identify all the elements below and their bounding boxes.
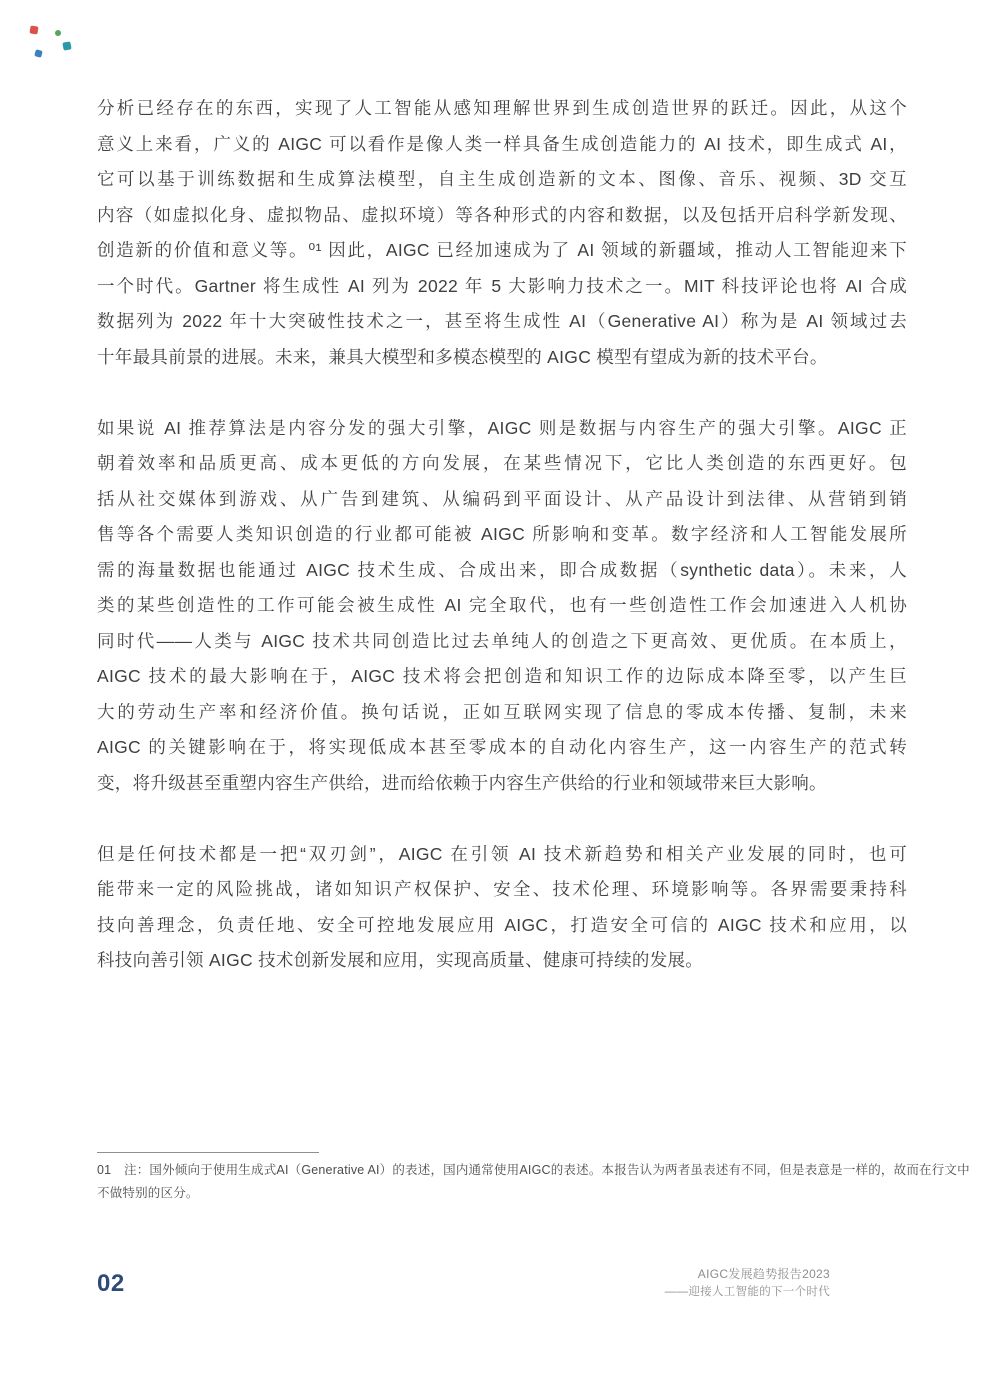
footnote-text: 01 注：国外倾向于使用生成式AI（Generative AI）的表述，国内通常… [97, 1159, 942, 1205]
text-line: 科技向善引领 AIGC 技术创新发展和应用，实现高质量、健康可持续的发展。 [97, 943, 907, 979]
logo-mark-blue-icon [34, 49, 43, 58]
text-line: 括从社交媒体到游戏、从广告到建筑、从编码到平面设计、从产品设计到法律、从营销到销 [97, 482, 907, 518]
report-title: AIGC发展趋势报告2023 [665, 1266, 830, 1282]
document-page: 分析已经存在的东西，实现了人工智能从感知理解世界到生成创造世界的跃迁。因此，从这… [0, 0, 1000, 1399]
body-text: 分析已经存在的东西，实现了人工智能从感知理解世界到生成创造世界的跃迁。因此，从这… [97, 91, 907, 979]
page-number: 02 [97, 1270, 125, 1298]
text-line: 同时代——人类与 AIGC 技术共同创造比过去单纯人的创造之下更高效、更优质。在… [97, 624, 907, 660]
footer-right: AIGC发展趋势报告2023 ——迎接人工智能的下一个时代 [665, 1266, 830, 1300]
text-line: AIGC 的关键影响在于，将实现低成本甚至零成本的自动化内容生产，这一内容生产的… [97, 730, 907, 766]
text-line: 它可以基于训练数据和生成算法模型，自主生成创造新的文本、图像、音乐、视频、3D … [97, 162, 907, 198]
text-line: 分析已经存在的东西，实现了人工智能从感知理解世界到生成创造世界的跃迁。因此，从这… [97, 91, 907, 127]
footnote: 01 注：国外倾向于使用生成式AI（Generative AI）的表述，国内通常… [97, 1152, 942, 1205]
text-line: 一个时代。Gartner 将生成性 AI 列为 2022 年 5 大影响力技术之… [97, 269, 907, 305]
footnote-rule [97, 1152, 319, 1153]
text-line: 不做特别的区分。 [97, 1182, 942, 1205]
logo-mark-red-icon [29, 25, 38, 34]
text-line: 类的某些创造性的工作可能会被生成性 AI 完全取代，也有一些创造性工作会加速进入… [97, 588, 907, 624]
text-line: 大的劳动生产率和经济价值。换句话说，正如互联网实现了信息的零成本传播、复制，未来 [97, 695, 907, 731]
text-line: AIGC 技术的最大影响在于，AIGC 技术将会把创造和知识工作的边际成本降至零… [97, 659, 907, 695]
text-line: 售等各个需要人类知识创造的行业都可能被 AIGC 所影响和变革。数字经济和人工智… [97, 517, 907, 553]
logo-mark-green-icon [55, 30, 61, 36]
text-line: 十年最具前景的进展。未来，兼具大模型和多模态模型的 AIGC 模型有望成为新的技… [97, 340, 907, 376]
text-line: 如果说 AI 推荐算法是内容分发的强大引擎，AIGC 则是数据与内容生产的强大引… [97, 411, 907, 447]
logo-mark-teal-icon [62, 41, 71, 50]
body-paragraph-3: 但是任何技术都是一把“双刃剑”，AIGC 在引领 AI 技术新趋势和相关产业发展… [97, 837, 907, 979]
body-paragraph-1: 分析已经存在的东西，实现了人工智能从感知理解世界到生成创造世界的跃迁。因此，从这… [97, 91, 907, 375]
text-line: 技向善理念，负责任地、安全可控地发展应用 AIGC，打造安全可信的 AIGC 技… [97, 908, 907, 944]
report-subtitle: ——迎接人工智能的下一个时代 [665, 1284, 830, 1300]
text-line: 内容（如虚拟化身、虚拟物品、虚拟环境）等各种形式的内容和数据，以及包括开启科学新… [97, 198, 907, 234]
text-line: 能带来一定的风险挑战，诸如知识产权保护、安全、技术伦理、环境影响等。各界需要秉持… [97, 872, 907, 908]
text-line: 创造新的价值和意义等。⁰¹ 因此，AIGC 已经加速成为了 AI 领域的新疆域，… [97, 233, 907, 269]
text-line: 变，将升级甚至重塑内容生产供给，进而给依赖于内容生产供给的行业和领域带来巨大影响… [97, 766, 907, 802]
text-line: 朝着效率和品质更高、成本更低的方向发展，在某些情况下，它比人类创造的东西更好。包 [97, 446, 907, 482]
text-line: 意义上来看，广义的 AIGC 可以看作是像人类一样具备生成创造能力的 AI 技术… [97, 127, 907, 163]
text-line: 但是任何技术都是一把“双刃剑”，AIGC 在引领 AI 技术新趋势和相关产业发展… [97, 837, 907, 873]
body-paragraph-2: 如果说 AI 推荐算法是内容分发的强大引擎，AIGC 则是数据与内容生产的强大引… [97, 411, 907, 802]
logo-confetti [28, 24, 80, 62]
text-line: 数据列为 2022 年十大突破性技术之一，甚至将生成性 AI（Generativ… [97, 304, 907, 340]
text-line: 01 注：国外倾向于使用生成式AI（Generative AI）的表述，国内通常… [97, 1159, 942, 1182]
text-line: 需的海量数据也能通过 AIGC 技术生成、合成出来，即合成数据（syntheti… [97, 553, 907, 589]
